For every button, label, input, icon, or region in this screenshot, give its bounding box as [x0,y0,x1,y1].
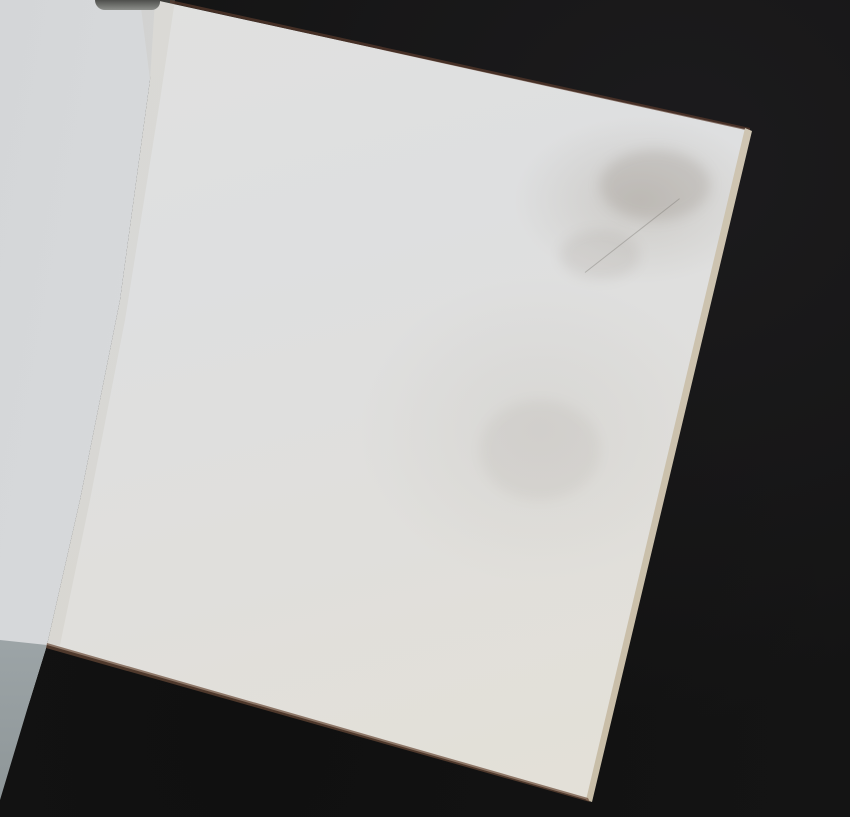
foxing-mark [600,150,710,220]
adjacent-page-tip [95,0,160,10]
foxing-mark [480,400,600,500]
photo-scene [0,0,850,817]
